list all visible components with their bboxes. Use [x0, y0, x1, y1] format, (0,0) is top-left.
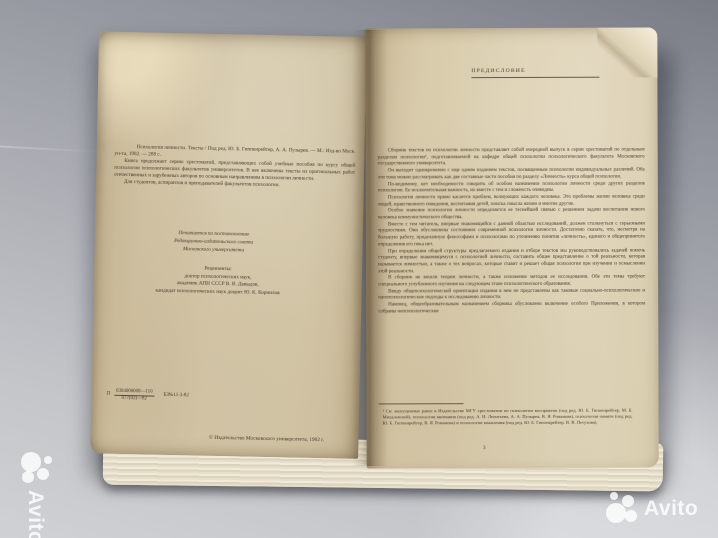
book-right-page: ПРЕДИСЛОВИЕ Сборник текстов по психологи… — [365, 27, 659, 468]
right-page-text-layer: ПРЕДИСЛОВИЕ Сборник текстов по психологи… — [365, 27, 659, 468]
avito-logo-dot — [606, 503, 626, 523]
publisher-code-fraction: 0304000000—110 077(02)—82 — [114, 389, 155, 402]
preface-paragraph: Психология личности прямо касается пробл… — [378, 194, 645, 208]
imprimatur-block: Печатается по постановлению Редакционно-… — [120, 228, 306, 256]
avito-logo-dot — [44, 456, 52, 464]
reviewers-block: Рецензенты: доктор психологических наук,… — [110, 264, 327, 299]
avito-logo-dot — [625, 510, 637, 522]
header-rule — [471, 76, 599, 77]
book-left-page: Психология личности. Тексты / Под ред. Ю… — [90, 31, 367, 459]
avito-logo-dot — [37, 468, 49, 480]
preface-paragraph: Ввиду общепсихологической ориентации изд… — [378, 288, 645, 302]
footnote-text: ¹ См. выпущенные ранее в Издательстве МГ… — [383, 408, 633, 427]
preface-paragraph: Сборник текстов по психологии личности п… — [378, 148, 645, 169]
chapter-header: ПРЕДИСЛОВИЕ — [471, 68, 599, 78]
left-page-text-layer: Психология личности. Тексты / Под ред. Ю… — [90, 31, 367, 459]
avito-logo-dot — [21, 452, 41, 472]
preface-paragraph: Вместе с тем читатель, впервые знакомящи… — [378, 221, 645, 249]
avito-logo-dot — [22, 471, 34, 483]
annotation-block: Психология личности. Тексты / Под ред. Ю… — [114, 144, 356, 190]
publisher-code-suffix: БЗ№11-3-82 — [163, 393, 188, 399]
preface-paragraph: В сборник не вошли теории личности, а та… — [378, 275, 645, 289]
preface-paragraph: По-видимому, нет необходимости говорить … — [378, 181, 645, 195]
avito-watermark-left: Avito — [20, 452, 52, 538]
avito-logo-dot — [610, 492, 618, 500]
avito-watermark-bottom-right: Avito — [606, 492, 698, 524]
publisher-code-prefix: П — [106, 392, 110, 397]
photo-open-book: Психология личности. Тексты / Под ред. Ю… — [0, 0, 718, 538]
preface-paragraph: Наконец, общеобразовательным назначением… — [378, 302, 645, 316]
avito-logo-icon — [606, 492, 638, 524]
avito-logo-icon — [20, 452, 52, 484]
preface-paragraph: Он выходит одновременно с еще одним изда… — [378, 168, 645, 182]
chapter-title: ПРЕДИСЛОВИЕ — [471, 68, 525, 74]
preface-paragraph: Особое значение психологии личности опре… — [378, 208, 645, 222]
page-number: 3 — [367, 445, 602, 452]
copyright-line: © Издательство Московского университета,… — [177, 434, 357, 444]
avito-logo-dot — [622, 495, 634, 507]
publisher-code: П 0304000000—110 077(02)—82 БЗ№11-3-82 — [106, 389, 189, 403]
preface-paragraph: При определении общей структуры предлага… — [378, 248, 645, 276]
preface-text: Сборник текстов по психологии личности п… — [378, 148, 646, 317]
avito-wordmark: Avito — [26, 490, 47, 538]
footnote-rule — [379, 403, 464, 404]
publisher-code-denominator: 077(02)—82 — [121, 396, 146, 402]
avito-wordmark: Avito — [644, 498, 698, 519]
background-seam — [0, 145, 102, 153]
